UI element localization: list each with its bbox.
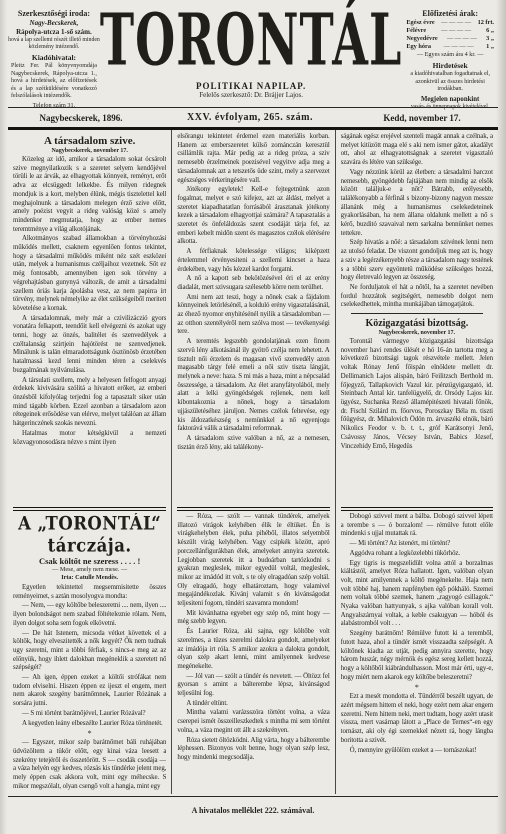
dateline-place: Nagybecskerek, 1896. [8,113,154,123]
board-article-dateline: Nagybecskerek, november 17. [341,330,493,336]
feuilleton-paragraph: — Róza, — szólt — vannak tündérek, amely… [177,513,329,609]
lead-article-title: A társadalom szive. [13,135,166,147]
article-paragraph: A társadalom szive valóban a nő, az a ne… [177,435,329,452]
rate-value: 12 frt. [478,19,494,27]
issue-line: XXV. évfolyam, 265. szám. [154,112,346,123]
feuilleton-paragraph: Egyetlen tekintettel megsemmisitette öss… [13,584,166,601]
feuilleton-title: Csak költőt ne szeress . . . . ! [13,556,166,566]
single-copy-price: — Egyes szám ára 4 kr. — [402,51,498,59]
feuilleton-paragraph: Aggódva rohant a legközelebbi tükörhöz. [341,550,493,559]
article-paragraph: Ne forduljatok el hát a nőtől, ha a szer… [341,284,493,310]
publisher-heading: Kiadóhivatal: [8,53,100,63]
feuilleton-paragraph: Mintha valami varázsszóra történt volna,… [177,709,329,735]
rate-value: 1 „ [486,43,494,51]
feuilleton-paragraph: És Laurier Róza, aki sajna, egy költőbe … [177,628,329,672]
section-divider [341,507,493,511]
rate-leader: — — — — [435,19,478,27]
feuilleton-paragraph: — Jól van — szólt a tündér és nevetett. … [177,673,329,699]
feuilleton-paragraph: — Mi történt? Az istenért, mi történt? [341,540,493,549]
rate-label: Félévre [406,27,426,35]
office-street: Rápolya-utcza 1-ső szám. [8,28,100,37]
feuilleton-paragraph: A tündér eltünt. [177,700,329,709]
feuilleton-paragraph: Mit kivánhatna egyebet egy szép nő, mint… [177,610,329,627]
rate-leader: — — — — [426,27,486,35]
feuilleton-paragraph: — Egyszer, mikor szép barátnőmet báli ru… [13,739,166,791]
feuilleton-col2: — Róza, — szólt — vannak tündérek, amely… [177,513,329,794]
rate-leader: — — — — [431,43,486,51]
column-area: A társadalom szive. Nagybecskerek, novem… [8,130,498,794]
feuilleton-paragraph: — Ah igen, éppen ezeket a költői strófák… [13,674,166,709]
feuilleton-header: A „TORONTÁL“ tárczája. [13,513,166,556]
publisher-text: Pleitz Fer. Pál könyvnyomdája Nagybecske… [8,63,100,101]
article-paragraph: Közeleg az idő, amikor a társadalom soka… [13,156,166,234]
article-paragraph: ságának egész erejével szenteli magát an… [341,133,493,168]
editorial-office-box: Szerkesztőségi iroda: Nagy-Becskerek, Rá… [8,5,100,105]
dateline-date: Kedd, november 17. [346,113,498,123]
feuilleton-paragraph: Ezt a mesét mondotta el. Tündérről beszé… [341,693,493,745]
office-phone: Telefon szám 31. [8,101,100,110]
article-paragraph: A társadalomnak, mely már a czivilizáczi… [13,315,166,376]
publish-note: vasár- és ünnepnapok kivételével. [402,104,498,111]
feuilleton-paragraph: — Nem, — egy költőbe beleszeretni .... n… [13,602,166,628]
office-heading: Szerkesztőségi iroda: [8,9,100,19]
lead-article-col2: elsőrangu tekintetet érdemel ezen materi… [177,133,329,505]
rate-label: Egész évre [406,19,434,27]
subscription-heading: Előfizetési árak: [402,9,498,19]
article-paragraph: Alkotmányos szabad államokban a törvényh… [13,235,166,313]
column-1: A társadalom szive. Nagybecskerek, novem… [8,130,171,794]
feuilleton-paragraph: — De hát Istenem, micsoda vétket követte… [13,630,166,674]
column-2: elsőrangu tekintetet érdemel ezen materi… [171,130,334,794]
rate-leader: — — — — [438,35,486,43]
column-3: ságának egész erejével szenteli magát an… [335,130,498,794]
feuilleton-subtitle: — Mese, amely nem mese. — [13,566,166,574]
feuilleton-col1: A „TORONTÁL“ tárczája. Csak költőt ne sz… [13,513,166,794]
section-star: * [341,683,493,692]
masthead-center: TORONTÁL POLITIKAI NAPILAP. Felelős szer… [100,5,402,105]
feuilleton-paragraph: Dobogó szivvel ment a bálba. Dobogó sziv… [341,513,493,539]
page-footer: A hivatalos melléklet 222. számával. [8,796,498,818]
supplement-note: A hivatalos melléklet 222. számával. [192,806,315,815]
section-divider [13,507,166,511]
article-paragraph: A férfiaknak kötelessége világos; kiképz… [177,248,329,274]
newspaper-page: Szerkesztőségi iroda: Nagy-Becskerek, Rá… [0,0,506,834]
office-note: hová a lap szellemi részét illető minden… [8,37,100,51]
rate-label: Negyedévre [406,35,437,43]
rate-row: Egész évre — — — — 12 frt. [402,19,498,27]
right-column-top: ságának egész erejével szenteli magát an… [341,133,493,505]
feuilleton-col3: Dobogó szivvel ment a bálba. Dobogó sziv… [341,513,493,794]
feuilleton-paragraph: Egy tigris is megszelidült volna attól a… [341,560,493,630]
subscription-box: Előfizetési árak: Egész évre — — — — 12 … [402,5,498,105]
article-paragraph: Hatalmas motor kétségkivül a nemzeti köz… [13,430,166,447]
office-city: Nagy-Becskerek, [8,19,100,28]
rate-row: Negyedévre — — — — 3 „ [402,35,498,43]
article-divider [351,313,483,314]
feuilleton-paragraph: — S mi történt barátnőjével, Laurier Róz… [13,710,166,719]
rate-row: Egy hóra — — — — 1 „ [402,43,498,51]
feuilleton-paragraph: Szegény barátnőm! Rémülve futott ki a te… [341,630,493,682]
article-paragraph: elsőrangu tekintetet érdemel ezen materi… [177,133,329,185]
article-paragraph: Jótékony egyletek! Kell-e fejtegetnünk a… [177,186,329,247]
article-paragraph: A nő a kapott seb bekötözésével éri el a… [177,275,329,292]
article-paragraph: Vagy nézzünk körül az életben: a társada… [341,169,493,239]
article-paragraph: Torontál vármegye közigazgatási bizottsá… [341,338,493,451]
lead-article-col1: A társadalom szive. Nagybecskerek, novem… [13,133,166,505]
ads-heading: Hirdetések [402,61,498,71]
article-paragraph: A teremtés legszebb gondolatjának ezen f… [177,338,329,434]
article-paragraph: Szép hivatás a nőé: a társadalom szivéne… [341,239,493,283]
feuilleton-paragraph: Ó, mennyire gyülölöm ezeket a — tornászo… [341,747,493,756]
feuilleton-byline: Irta: Catulle Mendès. [13,574,166,582]
editor-line: Felelős szerkesztő: Dr. Brájjer Lajos. [199,91,303,100]
article-paragraph: A társulati szellem, mely a helyesen fel… [13,377,166,429]
lead-article-dateline: Nagybecskerek, november 17. [13,148,166,154]
masthead: Szerkesztőségi iroda: Nagy-Becskerek, Rá… [8,5,498,105]
section-divider [177,507,329,511]
newspaper-subtitle: POLITIKAI NAPILAP. [196,81,306,91]
rate-value: 6 „ [486,27,494,35]
board-article-title: Közigazgatási bizottság. [341,318,493,329]
rate-row: Félévre — — — — 6 „ [402,27,498,35]
section-star: * [13,729,166,738]
newspaper-title: TORONTÁL [100,4,402,75]
feuilleton-paragraph: A kegyetlen leány elbeszélte Laurier Róz… [13,720,166,729]
publish-heading: Megjelen naponkint [402,96,498,104]
ads-text: a kiadóhivatalban fogadtatnak el, azonki… [402,71,498,94]
rate-value: 3 „ [486,35,494,43]
feuilleton-paragraph: Róza sietett öltözködni. Alig várta, hog… [177,737,329,763]
rate-label: Egy hóra [406,43,431,51]
article-paragraph: Ami nem azt teszi, hogy a nőnek csak a f… [177,294,329,338]
